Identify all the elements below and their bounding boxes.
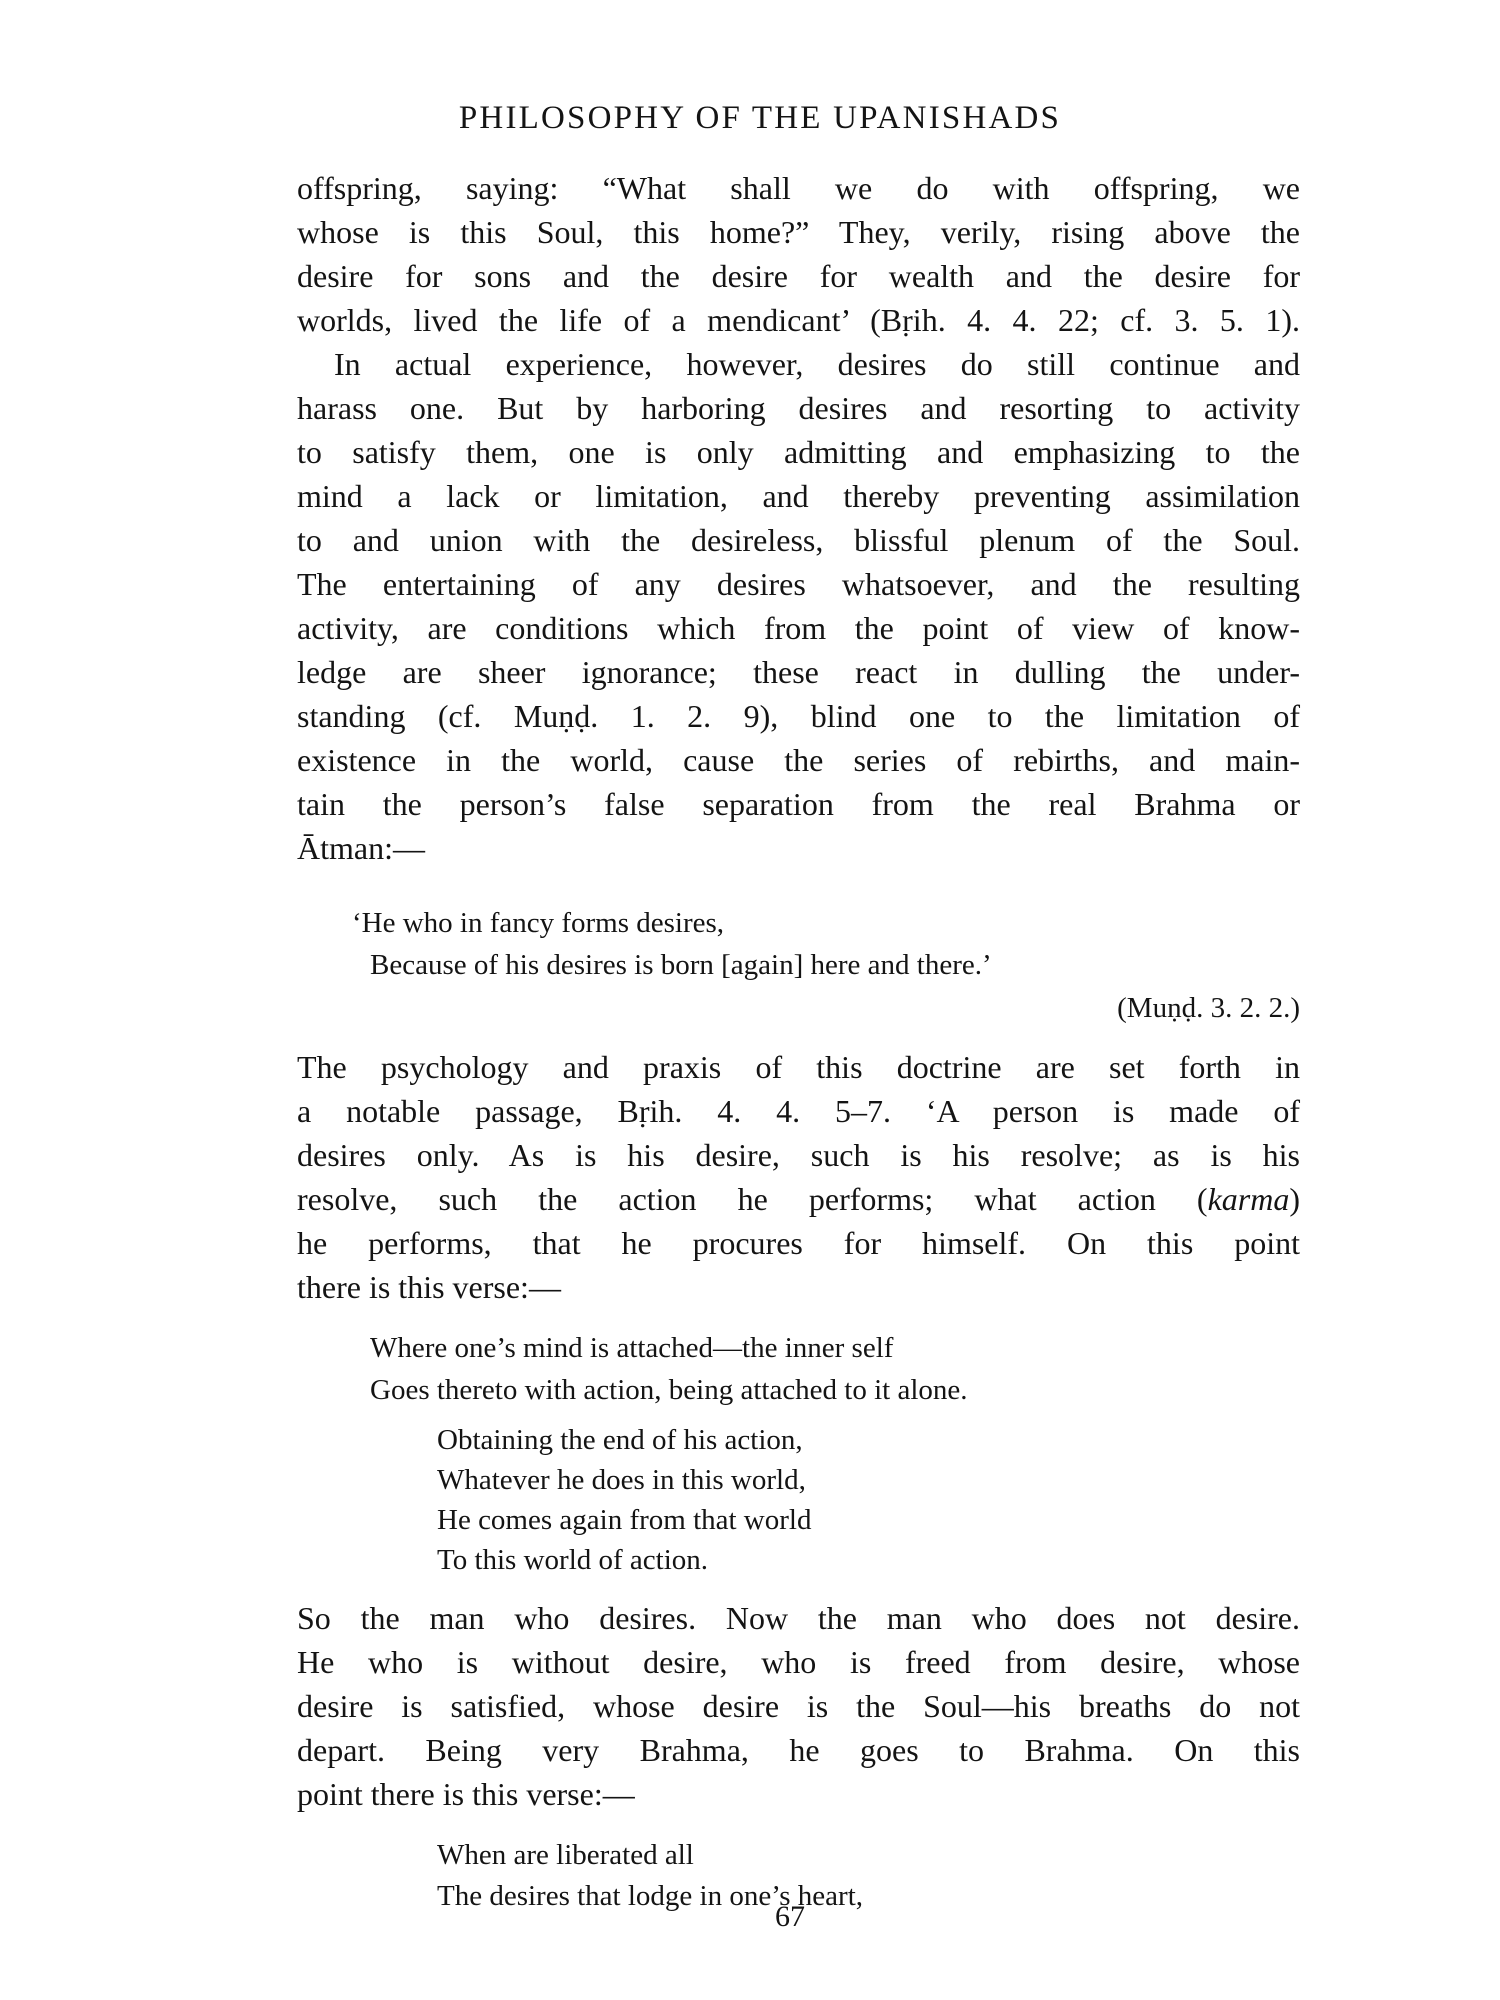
page-number: 67: [0, 1900, 1500, 1934]
running-head: PHILOSOPHY OF THE UPANISHADS: [0, 100, 1500, 137]
text-line: The psychology and praxis of this doctri…: [297, 1047, 1300, 1087]
text-line: harass one. But by harboring desires and…: [297, 388, 1300, 428]
verse-citation: (Muṇḍ. 3. 2. 2.): [1117, 988, 1300, 1028]
text-line: ledge are sheer ignorance; these react i…: [297, 652, 1300, 692]
text-line: depart. Being very Brahma, he goes to Br…: [297, 1730, 1300, 1770]
text-line: He who is without desire, who is freed f…: [297, 1642, 1300, 1682]
book-page: PHILOSOPHY OF THE UPANISHADS offspring, …: [0, 0, 1500, 2000]
verse-line: He comes again from that world: [437, 1500, 811, 1540]
verse-line: Where one’s mind is attached—the inner s…: [370, 1328, 893, 1368]
verse-line: Because of his desires is born [again] h…: [370, 945, 992, 985]
text-line: The entertaining of any desires whatsoev…: [297, 564, 1300, 604]
text-line: tain the person’s false separation from …: [297, 784, 1300, 824]
text-line: a notable passage, Bṛih. 4. 4. 5–7. ‘A p…: [297, 1091, 1300, 1131]
text-line: mind a lack or limitation, and thereby p…: [297, 476, 1300, 516]
text-line: activity, are conditions which from the …: [297, 608, 1300, 648]
verse-line: Whatever he does in this world,: [437, 1460, 806, 1500]
text-line: resolve, such the action he performs; wh…: [297, 1179, 1300, 1219]
verse-line: Obtaining the end of his action,: [437, 1420, 803, 1460]
verse-line: When are liberated all: [437, 1835, 694, 1875]
text-line: desires only. As is his desire, such is …: [297, 1135, 1300, 1175]
text-line: standing (cf. Muṇḍ. 1. 2. 9), blind one …: [297, 696, 1300, 736]
text-line: he performs, that he procures for himsel…: [297, 1223, 1300, 1263]
text-line: So the man who desires. Now the man who …: [297, 1598, 1300, 1638]
text-line: whose is this Soul, this home?” They, ve…: [297, 212, 1300, 252]
text-line: there is this verse:—: [297, 1267, 1300, 1307]
text-line: offspring, saying: “What shall we do wit…: [297, 168, 1300, 208]
text-line: desire is satisfied, whose desire is the…: [297, 1686, 1300, 1726]
text-line: to satisfy them, one is only admitting a…: [297, 432, 1300, 472]
italic-term: karma: [1208, 1181, 1290, 1217]
text-line: to and union with the desireless, blissf…: [297, 520, 1300, 560]
text-line: Ātman:—: [297, 828, 1300, 868]
verse-line: To this world of action.: [437, 1540, 708, 1580]
verse-line: ‘He who in fancy forms desires,: [352, 903, 724, 943]
text-line: In actual experience, however, desires d…: [334, 344, 1300, 384]
text-line: desire for sons and the desire for wealt…: [297, 256, 1300, 296]
text-line: point there is this verse:—: [297, 1774, 1300, 1814]
text-line: existence in the world, cause the series…: [297, 740, 1300, 780]
verse-line: Goes thereto with action, being attached…: [370, 1370, 968, 1410]
text-line: worlds, lived the life of a mendicant’ (…: [297, 300, 1300, 340]
